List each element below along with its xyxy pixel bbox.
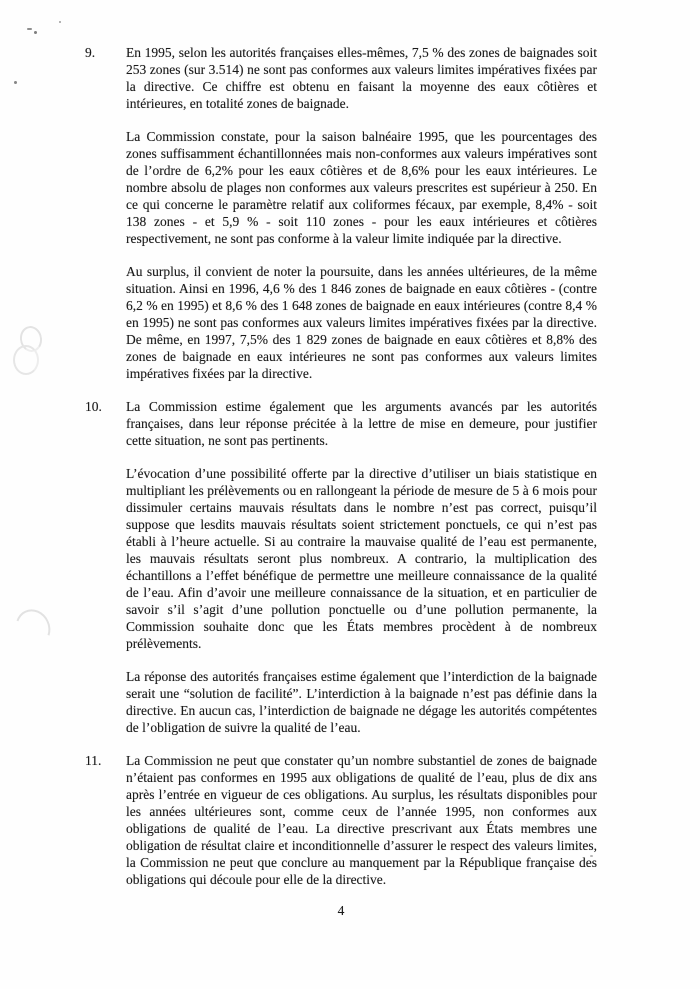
binder-hole-mark-arc	[10, 604, 57, 653]
paragraph-text: La Commission constate, pour la saison b…	[126, 128, 597, 247]
binder-hole-mark-bottom	[13, 345, 39, 375]
paragraph-number: 11.	[85, 752, 126, 769]
scan-speck	[59, 21, 61, 23]
scan-speck	[34, 31, 37, 34]
paragraph-group: La Commission ne peut que constater qu’u…	[126, 752, 597, 904]
binder-hole-mark	[13, 326, 43, 380]
paragraph-text: En 1995, selon les autorités françaises …	[126, 44, 597, 112]
paragraph-group: La Commission estime également que les a…	[126, 398, 597, 752]
numbered-item-11: 11. La Commission ne peut que constater …	[85, 752, 597, 904]
paragraph-text: La Commission estime également que les a…	[126, 398, 597, 449]
page-number: 4	[85, 902, 597, 919]
paragraph-text: La Commission ne peut que constater qu’u…	[126, 752, 597, 888]
paragraph-number: 10.	[85, 398, 126, 415]
numbered-item-9: 9. En 1995, selon les autorités français…	[85, 44, 597, 398]
paragraph-text: L’évocation d’une possibilité offerte pa…	[126, 465, 597, 652]
scan-speck	[27, 28, 32, 30]
scanned-document-page: 9. En 1995, selon les autorités français…	[0, 0, 700, 989]
scan-speck	[14, 81, 17, 84]
paragraph-number: 9.	[85, 44, 126, 61]
paragraph-text: Au surplus, il convient de noter la pour…	[126, 263, 597, 382]
paragraph-text: La réponse des autorités françaises esti…	[126, 668, 597, 736]
document-body: 9. En 1995, selon les autorités français…	[85, 44, 597, 904]
paragraph-group: En 1995, selon les autorités françaises …	[126, 44, 597, 398]
numbered-item-10: 10. La Commission estime également que l…	[85, 398, 597, 752]
